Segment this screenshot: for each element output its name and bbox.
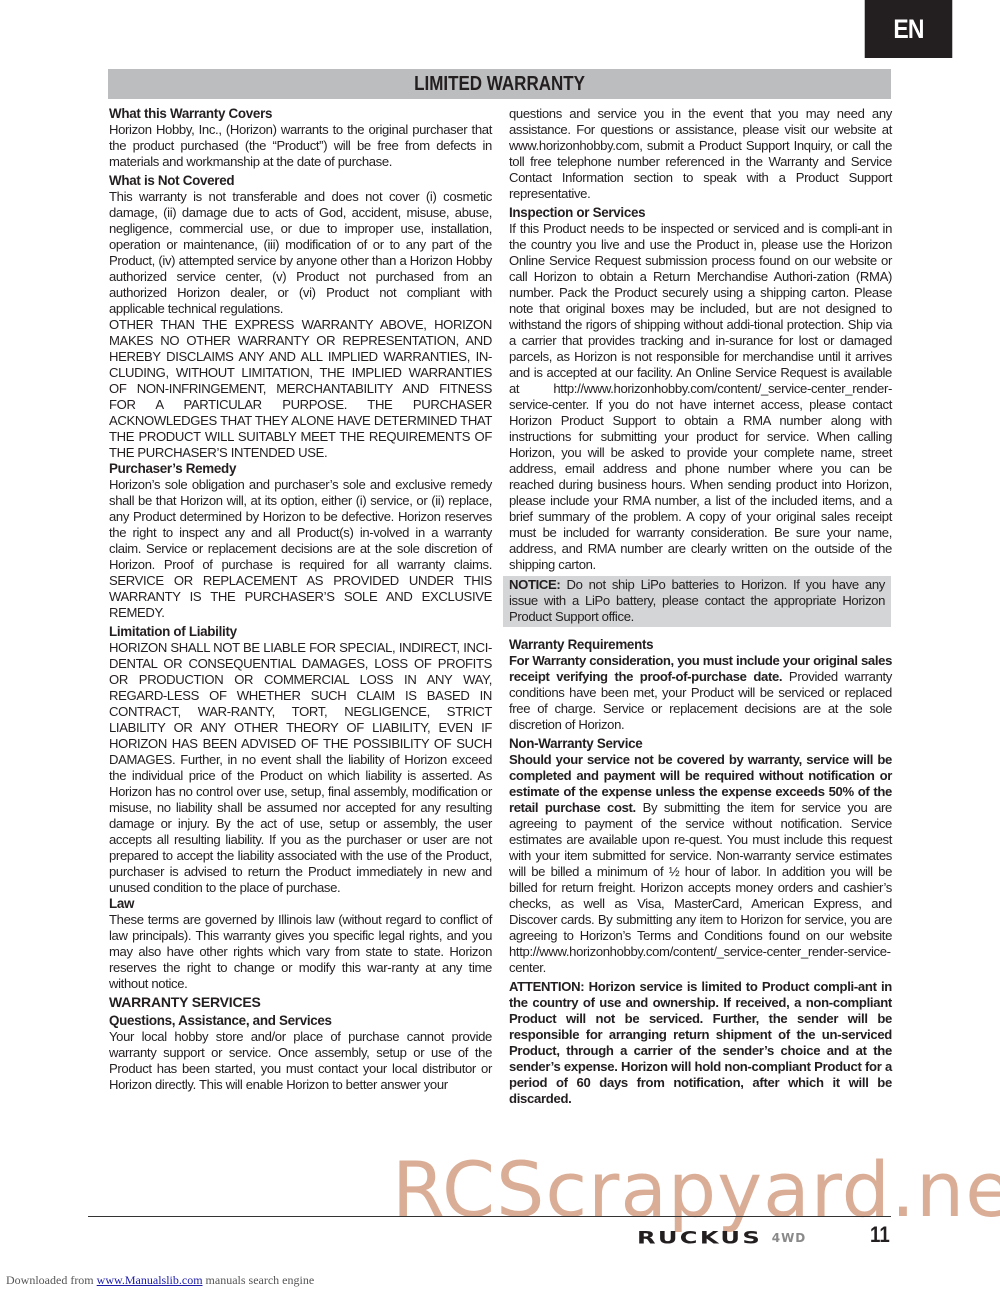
section-body-not-covered: This warranty is not transferable and do… [109,189,492,317]
notice-text: NOTICE: Do not ship LiPo batteries to Ho… [509,577,885,625]
questions-continued: questions and service you in the event t… [509,106,892,202]
section-heading-liability: Limitation of Liability [109,624,492,640]
non-warranty-body-text: By submitting the item for service you a… [509,800,892,975]
section-body-inspection: If this Product needs to be inspected or… [509,221,892,573]
section-body-questions: Your local hobby store and/or place of p… [109,1029,492,1093]
notice-box: NOTICE: Do not ship LiPo batteries to Ho… [503,576,891,627]
section-heading-covers: What this Warranty Covers [109,106,492,122]
attention-text: ATTENTION: Horizon service is limited to… [509,979,892,1107]
left-column: What this Warranty Covers Horizon Hobby,… [109,106,492,1093]
logo-subtitle: 4WD [772,1231,807,1245]
section-body-liability: HORIZON SHALL NOT BE LIABLE FOR SPECIAL,… [109,640,492,896]
section-body-covers: Horizon Hobby, Inc., (Horizon) warrants … [109,122,492,170]
download-suffix: manuals search engine [203,1273,315,1287]
section-body-requirements: For Warranty consideration, you must inc… [509,653,892,733]
right-column: questions and service you in the event t… [509,106,892,1107]
warranty-services-heading: WARRANTY SERVICES [109,994,492,1011]
section-body-law: These terms are governed by Illinois law… [109,912,492,992]
section-heading-remedy: Purchaser’s Remedy [109,461,492,477]
section-heading-inspection: Inspection or Services [509,205,892,221]
section-body-non-warranty: Should your service not be covered by wa… [509,752,892,976]
section-heading-requirements: Warranty Requirements [509,637,892,653]
language-tab-label: EN [893,14,923,45]
logo-wordmark: RUCKUS [637,1228,762,1247]
section-body-remedy: Horizon’s sole obligation and purchaser’… [109,477,492,621]
notice-label: NOTICE: [509,577,560,592]
section-heading-not-covered: What is Not Covered [109,173,492,189]
section-heading-non-warranty: Non-Warranty Service [509,736,892,752]
manualslib-link[interactable]: www.Manualslib.com [97,1273,203,1287]
footer-divider [88,1216,891,1217]
page-title-bar: LIMITED WARRANTY [108,69,891,99]
section-heading-law: Law [109,896,492,912]
page-number: 11 [870,1222,890,1248]
disclaimer-text: OTHER THAN THE EXPRESS WARRANTY ABOVE, H… [109,317,492,461]
notice-body: Do not ship LiPo batteries to Horizon. I… [509,577,885,624]
language-tab: EN [865,0,953,58]
ruckus-logo: RUCKUS 4WD [637,1226,806,1250]
section-heading-questions: Questions, Assistance, and Services [109,1013,492,1029]
download-prefix: Downloaded from [6,1273,97,1287]
download-footer: Downloaded from www.Manualslib.com manua… [6,1273,314,1288]
page-title: LIMITED WARRANTY [414,73,585,96]
